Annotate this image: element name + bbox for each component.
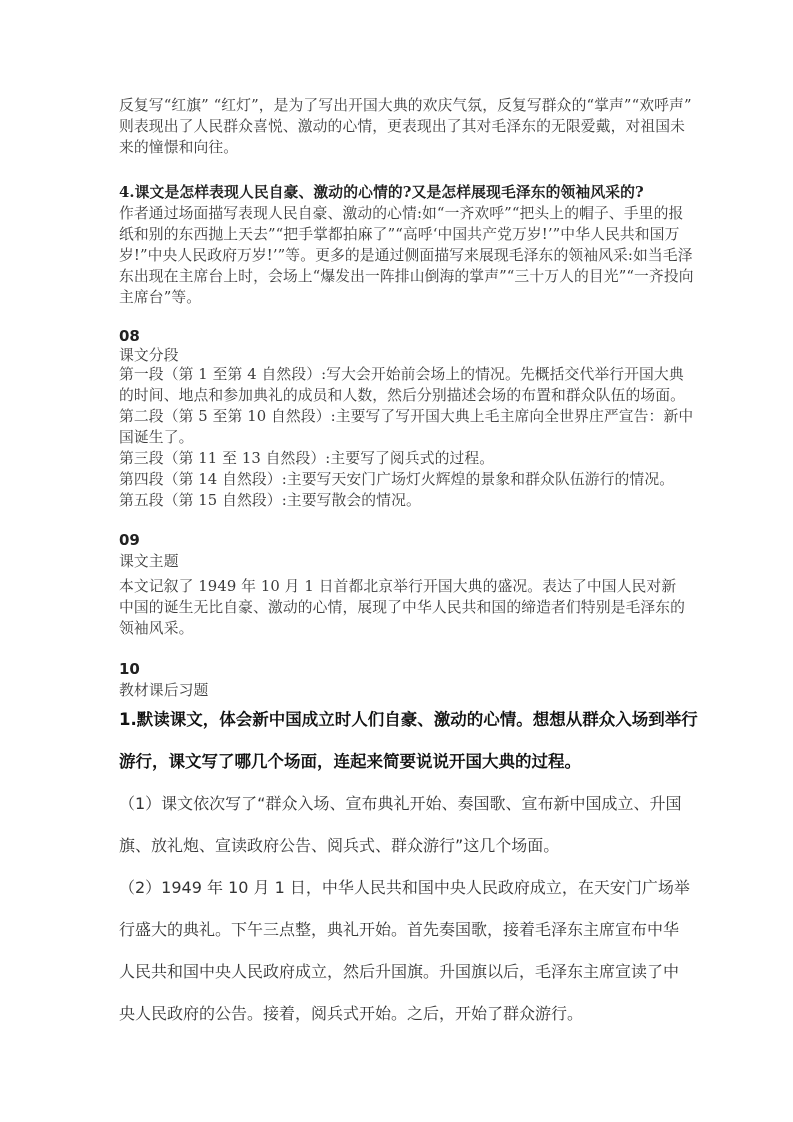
section-09-number: 09: [119, 530, 739, 550]
paragraph-red-flag-analysis: 反复写“红旗” “红灯”，是为了写出开国大典的欢庆气氛，反复写群众的“掌声”“欢…: [119, 95, 739, 158]
question-4-heading: 4.课文是怎样表现人民自豪、激动的心情的?又是怎样展现毛泽东的领袖风采的?: [119, 182, 739, 203]
exercise-answer-2: （2）1949 年 10 月 1 日，中华人民共和国中央人民政府成立，在天安门广…: [119, 867, 739, 1035]
section-08-number: 08: [119, 326, 739, 346]
section-09-title: 课文主题: [119, 551, 739, 572]
section-10-number: 10: [119, 659, 739, 679]
section-10-title: 教材课后习题: [119, 680, 739, 701]
exercise-question-1: 1.默读课文，体会新中国成立时人们自豪、激动的心情。想想从群众入场到举行 游行，…: [119, 699, 739, 783]
section-08-title: 课文分段: [119, 345, 739, 366]
document-page: 反复写“红旗” “红灯”，是为了写出开国大典的欢庆气氛，反复写群众的“掌声”“欢…: [0, 0, 793, 1122]
section-09-body: 本文记叙了 1949 年 10 月 1 日首都北京举行开国大典的盛况。表达了中国…: [119, 576, 739, 639]
section-08-body: 第一段（第 1 至第 4 自然段）:写大会开始前会场上的情况。先概括交代举行开国…: [119, 364, 739, 511]
question-4-answer: 作者通过场面描写表现人民自豪、激动的心情:如“一齐欢呼”“把头上的帽子、手里的报…: [119, 203, 739, 308]
exercise-answer-1: （1）课文依次写了“群众入场、宣布典礼开始、奏国歌、宣布新中国成立、升国 旗、放…: [119, 783, 739, 867]
